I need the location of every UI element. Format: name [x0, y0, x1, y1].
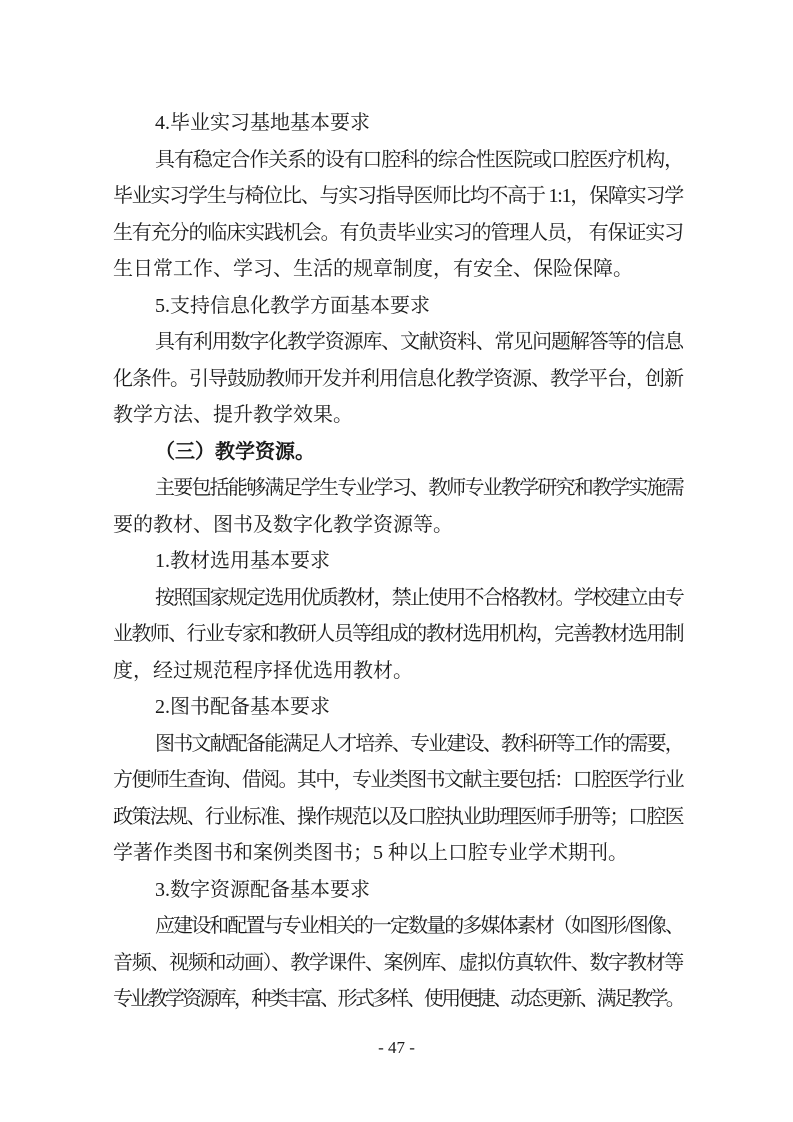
- text-line: 5.支持信息化教学方面基本要求: [113, 288, 683, 325]
- section-heading: （三）教学资源。: [113, 434, 683, 471]
- text-line: 方便师生查询、借阅。其中，专业类图书文献主要包括：口腔医学行业: [113, 762, 683, 799]
- page-number: - 47 -: [0, 1036, 793, 1060]
- text-line: 专业教学资源库，种类丰富、形式多样、使用便捷、动态更新、满足教学。: [113, 981, 683, 1018]
- text-line: 化条件。引导鼓励教师开发并利用信息化教学资源、教学平台，创新: [113, 361, 683, 398]
- text-line: 政策法规、行业标准、操作规范以及口腔执业助理医师手册等；口腔医: [113, 799, 683, 836]
- text-line: 按照国家规定选用优质教材，禁止使用不合格教材。学校建立由专: [113, 580, 683, 617]
- text-line: 毕业实习学生与椅位比、与实习指导医师比均不高于 1:1，保障实习学: [113, 178, 683, 215]
- text-line: 具有利用数字化教学资源库、文献资料、常见问题解答等的信息: [113, 324, 683, 361]
- text-body: 4.毕业实习基地基本要求具有稳定合作关系的设有口腔科的综合性医院或口腔医疗机构，…: [113, 105, 683, 1018]
- text-line: 学著作类图书和案例类图书；5 种以上口腔专业学术期刊。: [113, 835, 683, 872]
- text-line: 度，经过规范程序择优选用教材。: [113, 653, 683, 690]
- text-line: 要的教材、图书及数字化教学资源等。: [113, 507, 683, 544]
- text-line: 图书文献配备能满足人才培养、专业建设、教科研等工作的需要，: [113, 726, 683, 763]
- text-line: 生日常工作、学习、生活的规章制度，有安全、保险保障。: [113, 251, 683, 288]
- document-page: 4.毕业实习基地基本要求具有稳定合作关系的设有口腔科的综合性医院或口腔医疗机构，…: [0, 0, 793, 1122]
- text-line: 应建设和配置与专业相关的一定数量的多媒体素材（如图形/图像、: [113, 908, 683, 945]
- text-line: 业教师、行业专家和教研人员等组成的教材选用机构，完善教材选用制: [113, 616, 683, 653]
- text-line: 音频、视频和动画）、教学课件、案例库、虚拟仿真软件、数字教材等: [113, 945, 683, 982]
- text-line: 具有稳定合作关系的设有口腔科的综合性医院或口腔医疗机构，: [113, 142, 683, 179]
- text-line: 4.毕业实习基地基本要求: [113, 105, 683, 142]
- text-line: 2.图书配备基本要求: [113, 689, 683, 726]
- text-line: 3.数字资源配备基本要求: [113, 872, 683, 909]
- text-line: 教学方法、提升教学效果。: [113, 397, 683, 434]
- text-line: 生有充分的临床实践机会。有负责毕业实习的管理人员， 有保证实习: [113, 215, 683, 252]
- text-line: 主要包括能够满足学生专业学习、教师专业教学研究和教学实施需: [113, 470, 683, 507]
- text-line: 1.教材选用基本要求: [113, 543, 683, 580]
